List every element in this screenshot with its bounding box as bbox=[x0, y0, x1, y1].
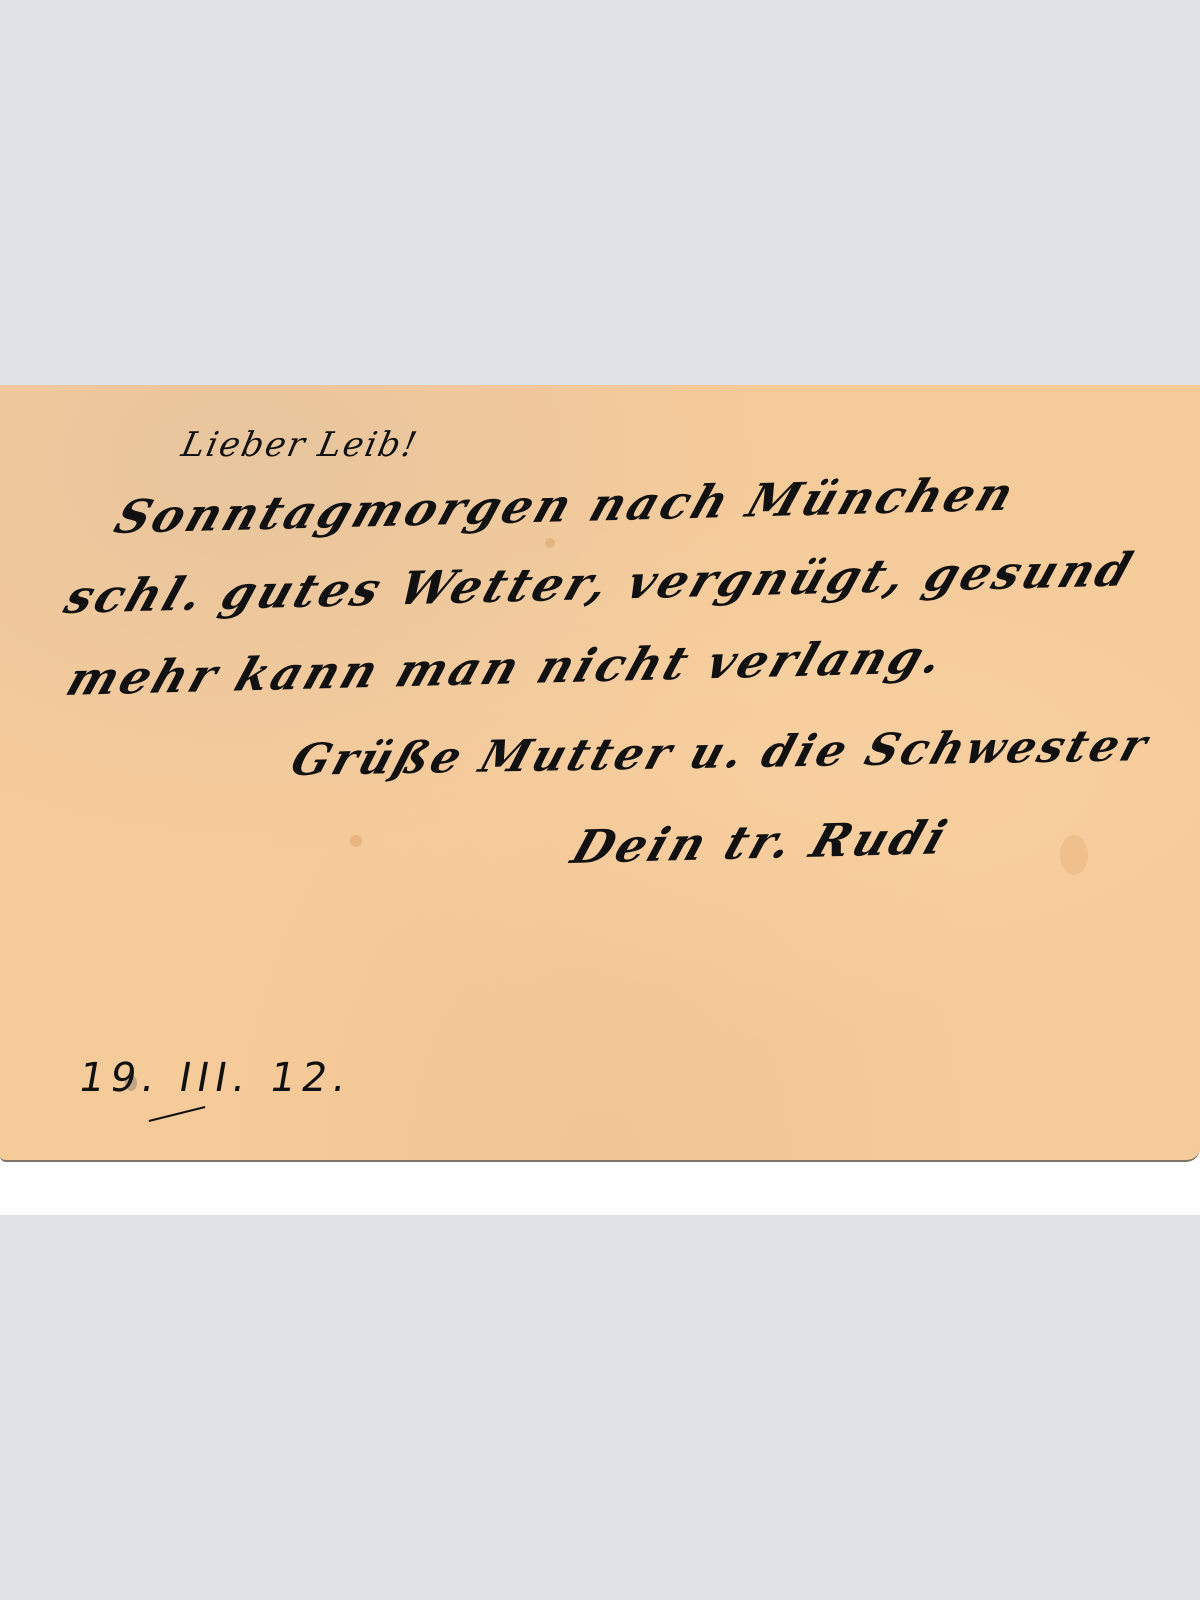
signature: Dein tr. Rudi bbox=[565, 810, 956, 874]
date: 19. III. 12. bbox=[75, 1055, 356, 1101]
salutation: Lieber Leib! bbox=[178, 425, 422, 465]
ink-stain bbox=[1060, 835, 1088, 875]
ink-stain bbox=[350, 835, 362, 847]
ink-stain bbox=[545, 538, 555, 548]
